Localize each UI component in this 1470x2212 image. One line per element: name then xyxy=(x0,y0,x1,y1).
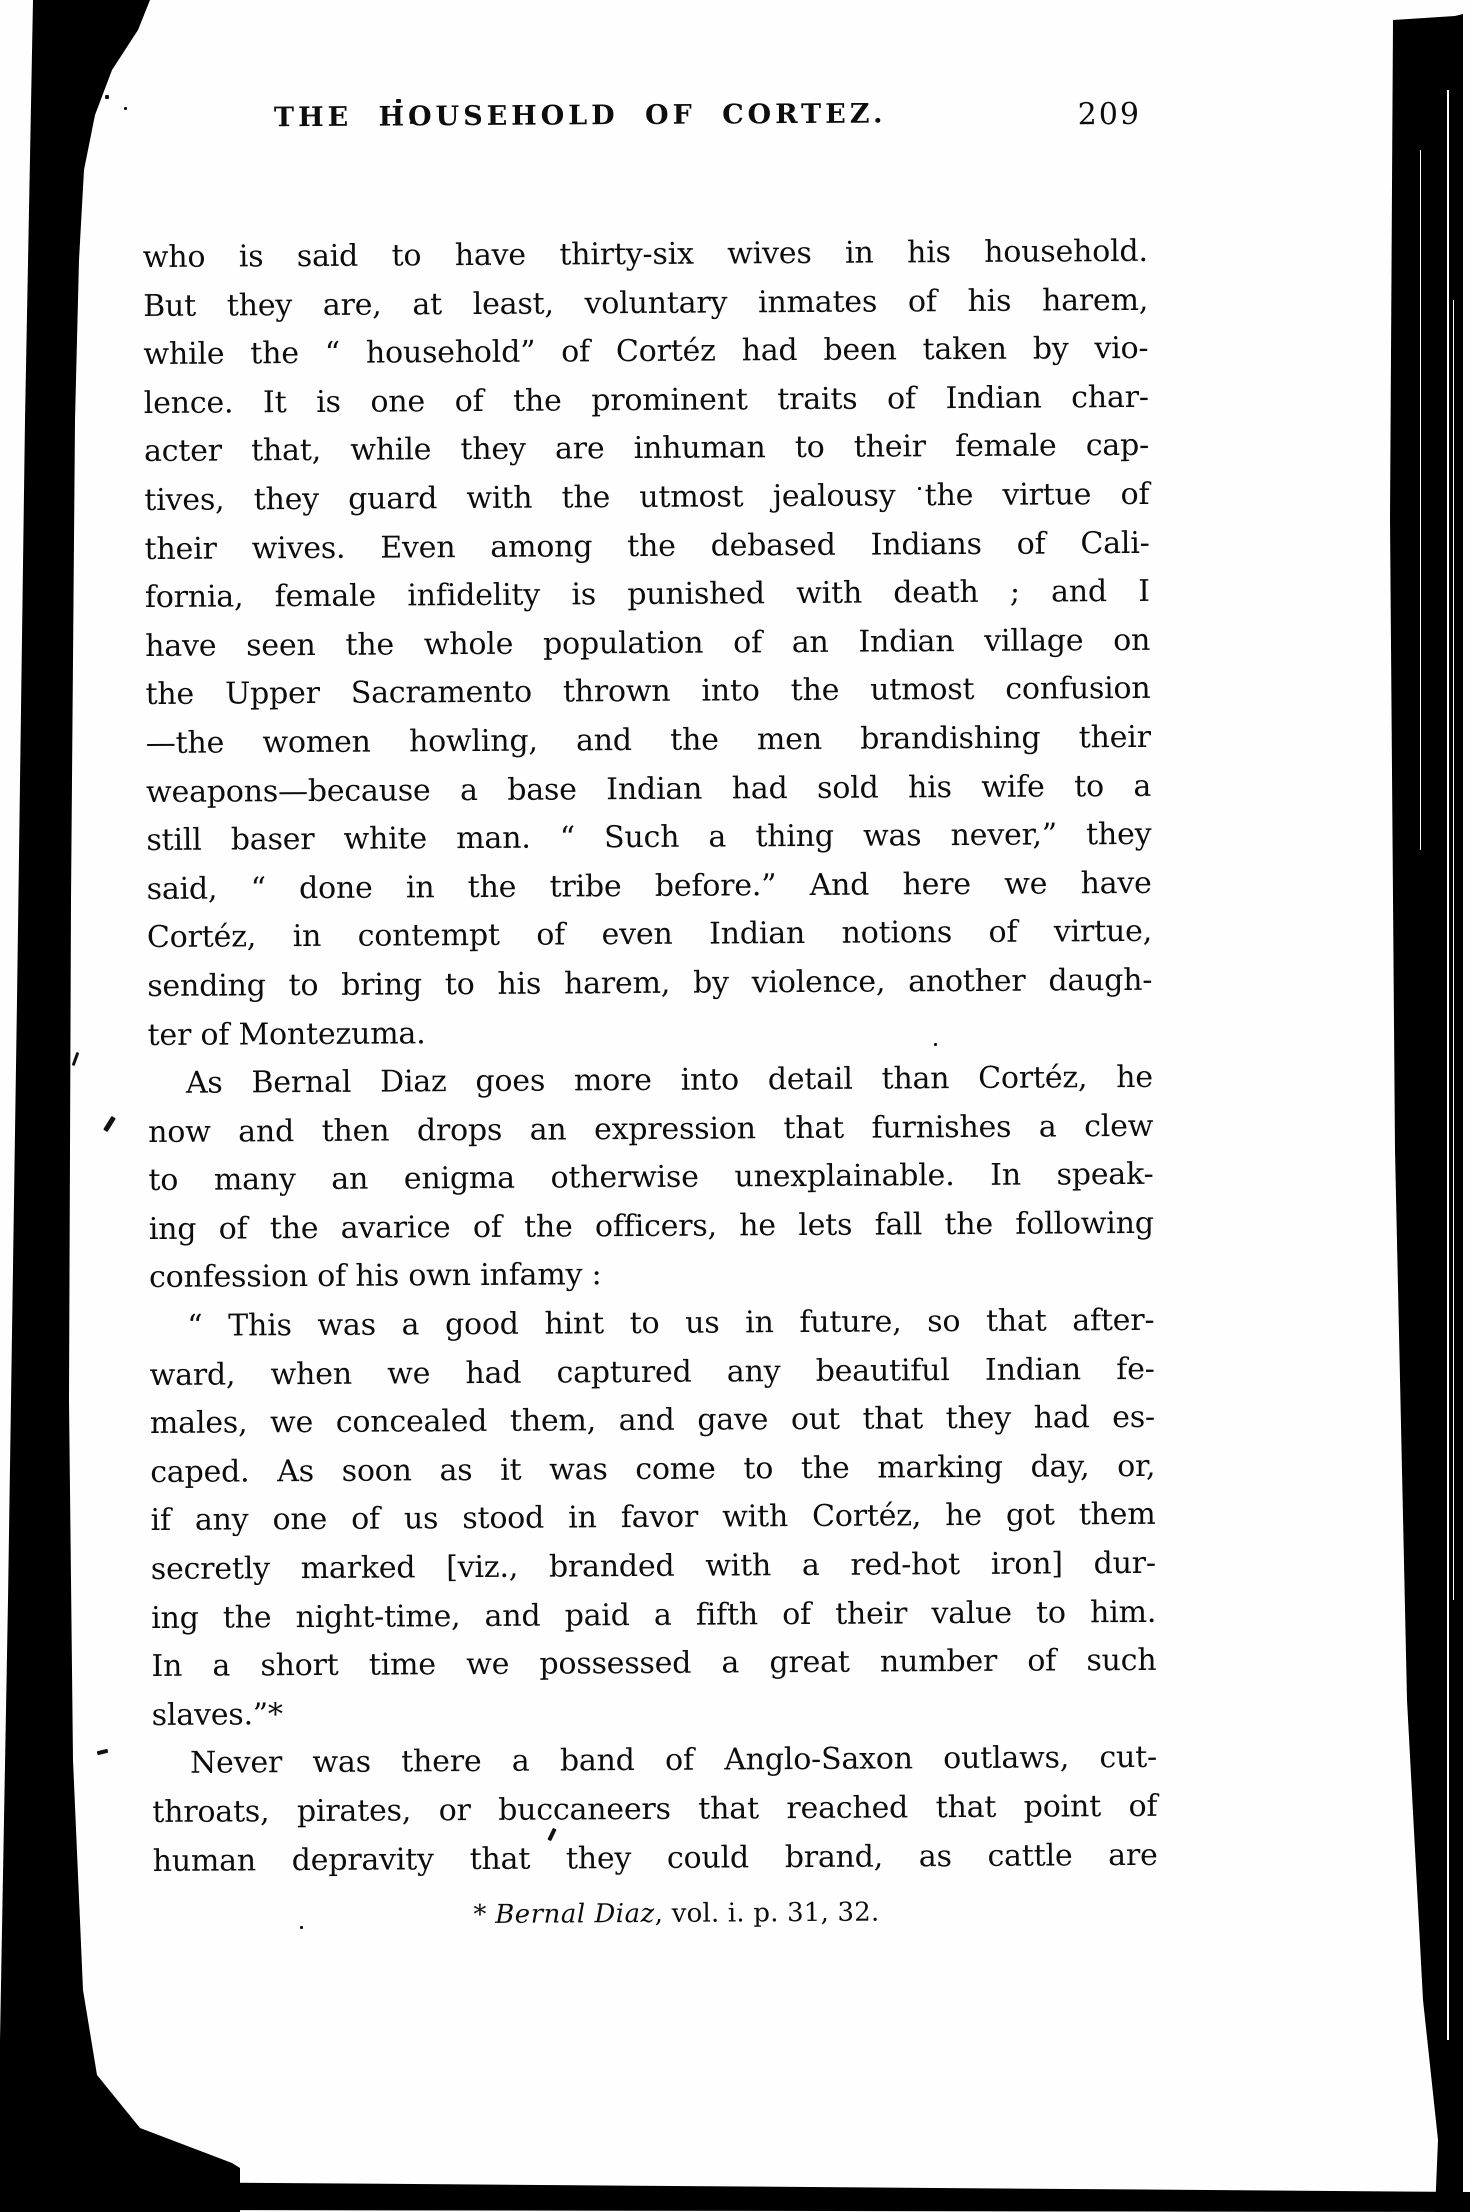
page-number: 209 xyxy=(1078,97,1141,132)
text-line: who is said to have thirty-six wives in … xyxy=(143,228,1148,283)
text-line: acter that, while they are inhuman to th… xyxy=(144,422,1149,477)
text-line: still baser white man. “ Such a thing wa… xyxy=(146,811,1151,866)
paragraph: Never was there a band of Anglo-Saxon ou… xyxy=(152,1734,1158,1886)
scanned-book-page: THE HOUSEHOLD OF CORTEZ. 209 who is said… xyxy=(0,0,1470,2212)
body-text: who is said to have thirty-six wives in … xyxy=(143,228,1158,1942)
text-line: As Bernal Diaz goes more into detail tha… xyxy=(148,1054,1153,1109)
text-line: ing the night-time, and paid a fifth of … xyxy=(151,1588,1156,1643)
text-line: human depravity that they could brand, a… xyxy=(152,1831,1157,1886)
text-line: slaves.”* xyxy=(152,1686,1157,1741)
text-line: ing of the avarice of the officers, he l… xyxy=(149,1200,1154,1255)
text-line: “ This was a good hint to us in future, … xyxy=(149,1297,1154,1352)
text-line: ward, when we had captured any beautiful… xyxy=(150,1346,1155,1401)
scan-speck xyxy=(396,99,401,103)
scan-speck xyxy=(410,121,413,124)
text-line: ter of Montezuma. xyxy=(147,1005,1152,1060)
text-line: lence. It is one of the prominent traits… xyxy=(144,374,1149,429)
text-line: the Upper Sacramento thrown into the utm… xyxy=(145,665,1150,720)
paragraph: As Bernal Diaz goes more into detail tha… xyxy=(148,1054,1154,1303)
scan-speck xyxy=(918,487,921,490)
footnote: * Bernal Diaz, vol. i. p. 31, 32. xyxy=(153,1887,1158,1942)
footnote-work-title: Bernal Diaz xyxy=(495,1899,655,1930)
text-line: In a short time we possessed a great num… xyxy=(151,1637,1156,1692)
text-line: throats, pirates, or buccaneers that rea… xyxy=(152,1783,1157,1838)
text-line: —the women howling, and the men brandish… xyxy=(146,714,1151,769)
scan-streak xyxy=(1447,90,1449,2040)
footnote-citation: , vol. i. p. 31, 32. xyxy=(655,1898,880,1929)
text-line: males, we concealed them, and gave out t… xyxy=(150,1394,1155,1449)
text-line: while the “ household” of Cortéz had bee… xyxy=(143,325,1148,380)
text-line: to many an enigma otherwise unexplainabl… xyxy=(148,1151,1153,1206)
scan-streak xyxy=(1420,150,1421,850)
text-line: have seen the whole population of an Ind… xyxy=(145,617,1150,672)
text-line: But they are, at least, voluntary inmate… xyxy=(143,276,1148,331)
page-title: THE HOUSEHOLD OF CORTEZ. xyxy=(274,98,887,133)
text-line: their wives. Even among the debased Indi… xyxy=(144,519,1149,574)
text-line: if any one of us stood in favor with Cor… xyxy=(150,1491,1155,1546)
text-line: caped. As soon as it was come to the mar… xyxy=(150,1443,1155,1498)
text-line: weapons—because a base Indian had sold h… xyxy=(146,762,1151,817)
text-line: tives, they guard with the utmost jealou… xyxy=(144,471,1149,526)
text-line: fornia, female infidelity is punished wi… xyxy=(145,568,1150,623)
scan-speck xyxy=(300,1926,303,1929)
text-line: Never was there a band of Anglo-Saxon ou… xyxy=(152,1734,1157,1789)
footnote-marker: * xyxy=(473,1900,495,1930)
text-line: Cortéz, in contempt of even Indian notio… xyxy=(147,908,1152,963)
text-line: sending to bring to his harem, by violen… xyxy=(147,957,1152,1012)
scan-speck xyxy=(124,107,127,110)
text-line: secretly marked [viz., branded with a re… xyxy=(151,1540,1156,1595)
scan-streak xyxy=(1453,300,1454,1600)
scan-speck xyxy=(105,95,109,99)
scan-speck xyxy=(934,1043,937,1046)
paragraph: who is said to have thirty-six wives in … xyxy=(143,228,1153,1060)
text-line: now and then drops an expression that fu… xyxy=(148,1103,1153,1158)
page-content: THE HOUSEHOLD OF CORTEZ. 209 who is said… xyxy=(0,0,1470,2212)
text-line: said, “ done in the tribe before.” And h… xyxy=(147,860,1152,915)
paragraph-quote: “ This was a good hint to us in future, … xyxy=(149,1297,1157,1740)
running-header: THE HOUSEHOLD OF CORTEZ. 209 xyxy=(142,97,1147,143)
text-line: confession of his own infamy : xyxy=(149,1248,1154,1303)
